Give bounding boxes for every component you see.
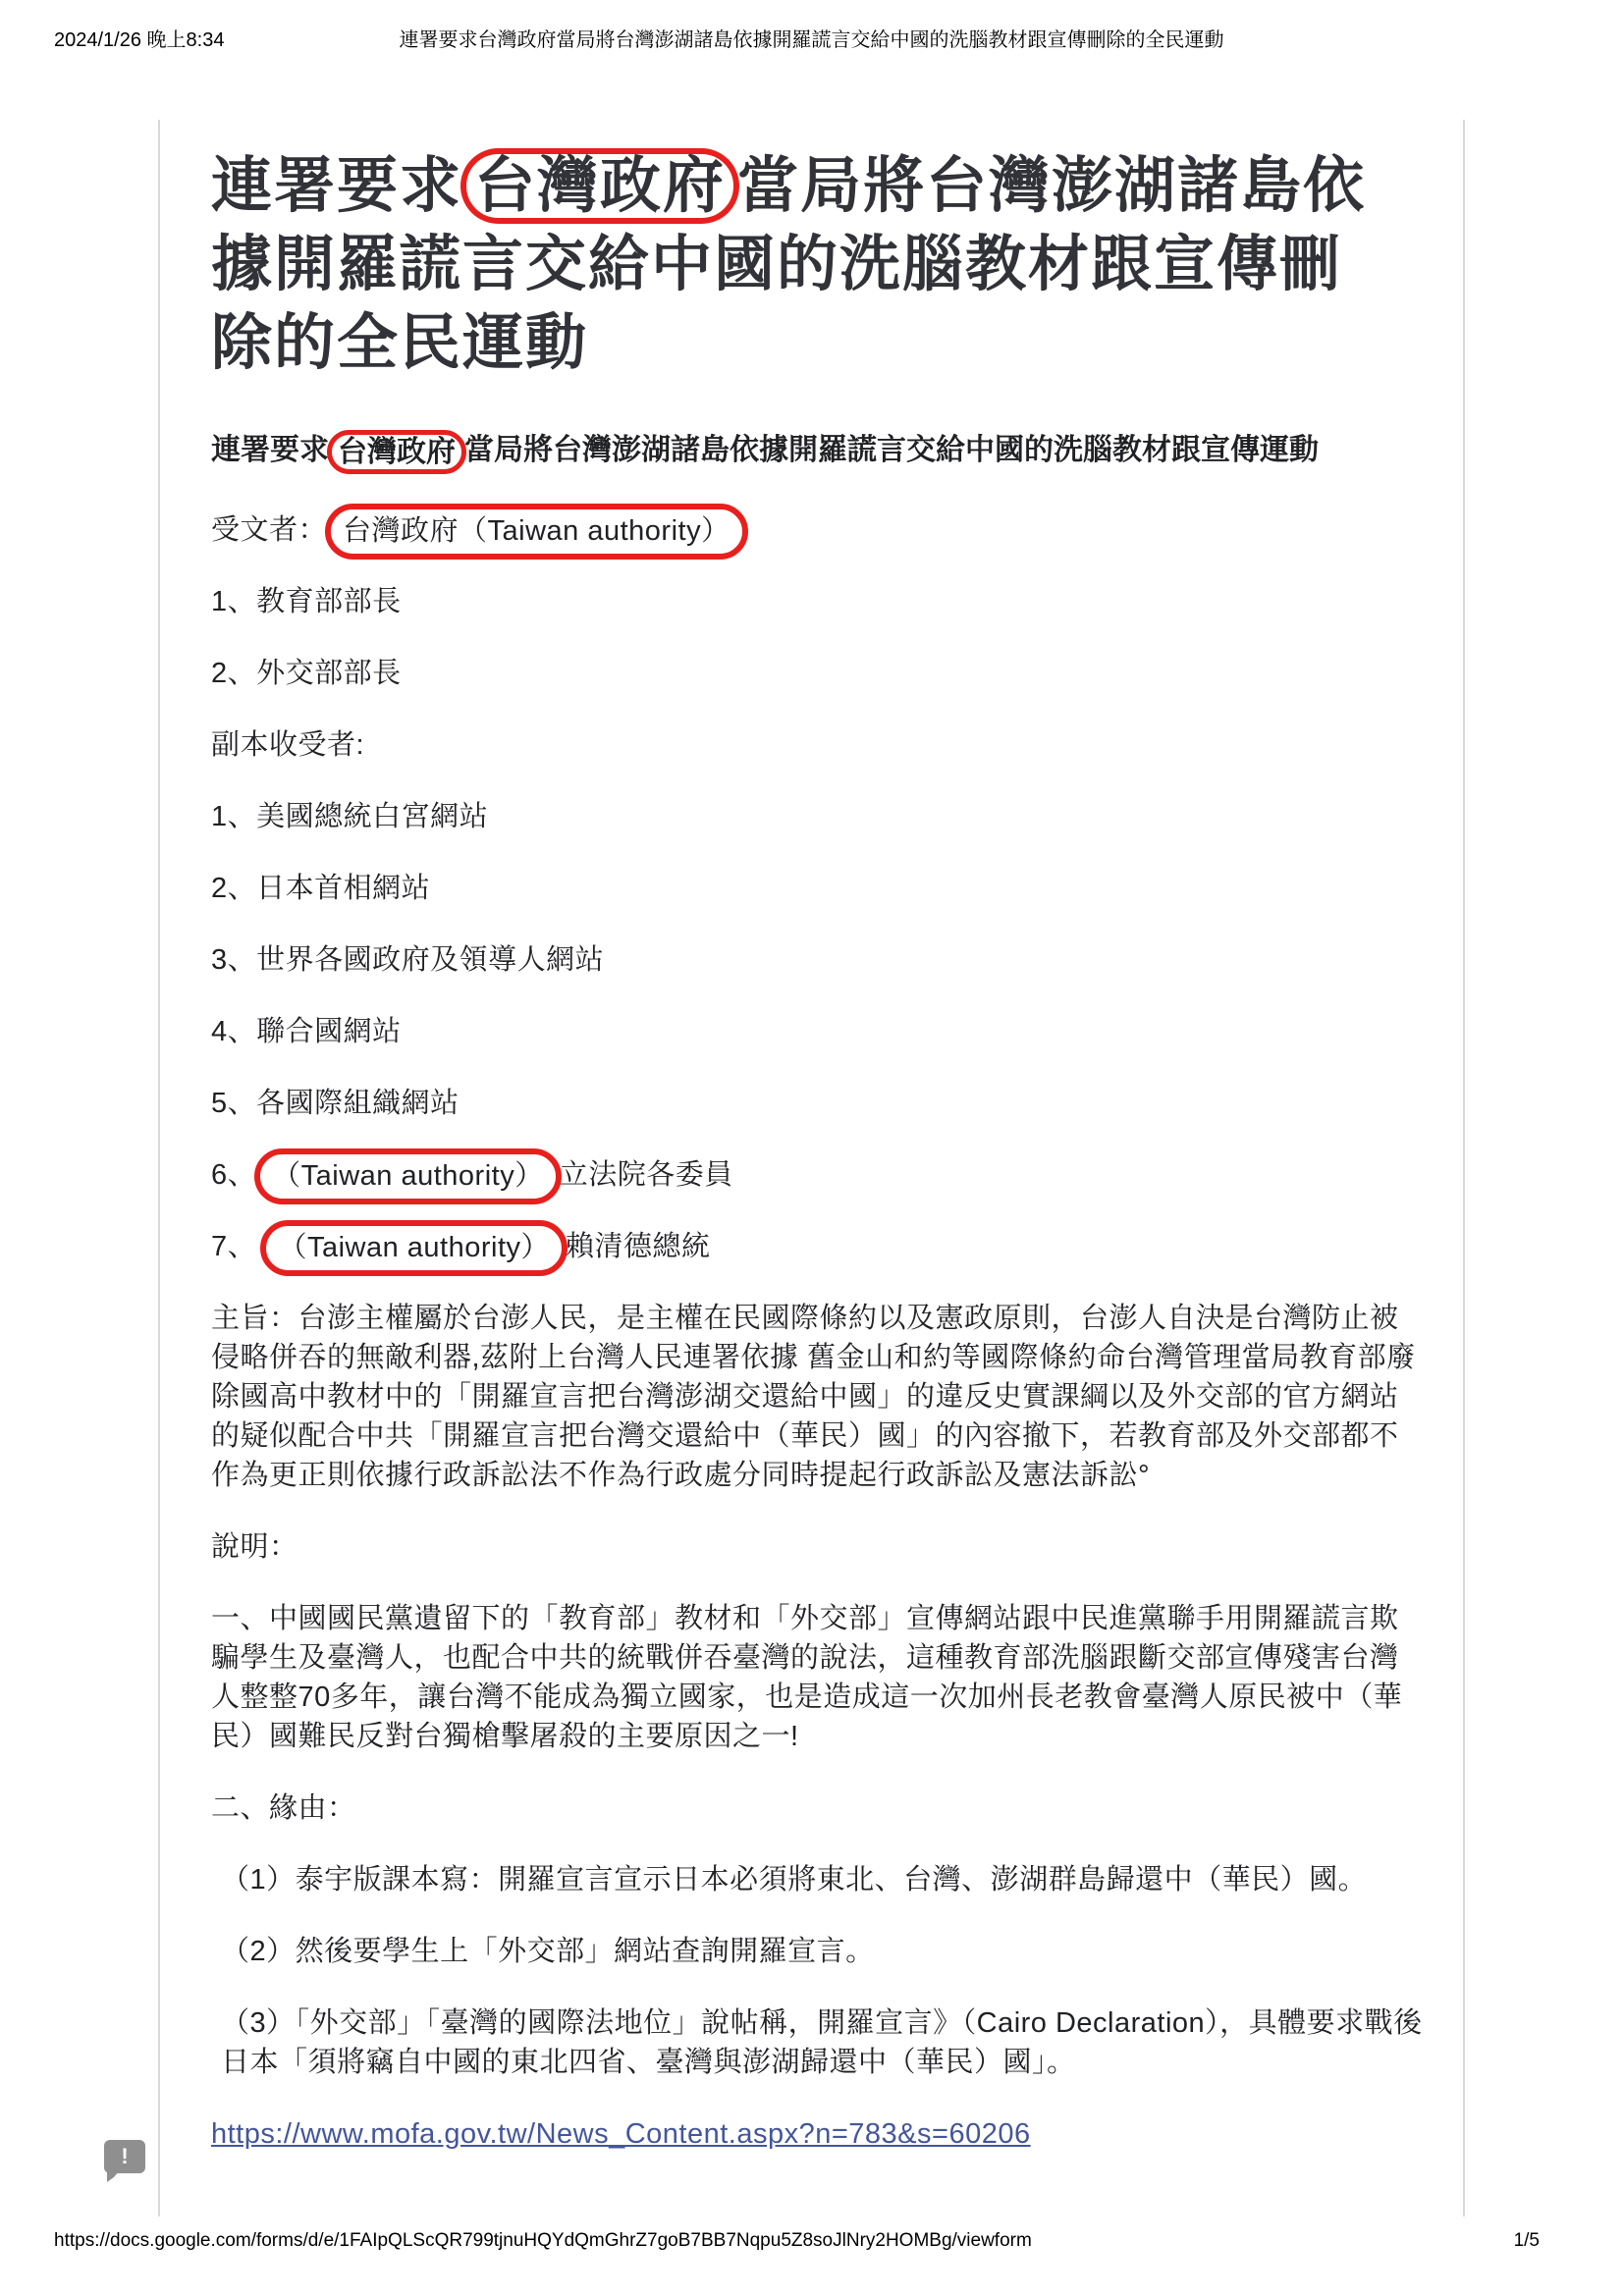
form-subtitle: 連署要求台灣政府當局將台灣澎湖諸島依據開羅謊言交給中國的洗腦教材跟宣傳運動	[211, 430, 1424, 471]
to-item-2: 2、外交部部長	[211, 654, 1424, 693]
subject-paragraph: 主旨：台澎主權屬於台澎人民，是主權在民國際條約以及憲政原則，台澎人自決是台灣防止…	[211, 1299, 1424, 1495]
recipient-label: 受文者：	[211, 514, 327, 546]
form-title-pre: 連署要求	[211, 152, 462, 220]
cc-item-6-text: 立法院各委員	[560, 1159, 733, 1191]
reason-item-2: （2）然後要學生上「外交部」網站查詢開羅宣言。	[211, 1932, 1424, 1971]
cc-item-4: 4、聯合國網站	[211, 1012, 1424, 1051]
red-circle-annotation-recipient: 台灣政府（Taiwan authority）	[325, 504, 748, 560]
red-circle-annotation-cc6: （Taiwan authority）	[254, 1148, 562, 1204]
cc-item-6: 6、（Taiwan authority）立法院各委員	[211, 1155, 1424, 1195]
mofa-link-line: https://www.mofa.gov.tw/News_Content.asp…	[211, 2114, 1424, 2154]
cc-item-3: 3、世界各國政府及領導人網站	[211, 940, 1424, 980]
recipient-line: 受文者：台灣政府（Taiwan authority）	[211, 510, 1424, 550]
print-page-number: 1/5	[1514, 2230, 1540, 2252]
mofa-link[interactable]: https://www.mofa.gov.tw/News_Content.asp…	[211, 2118, 1031, 2150]
cc-label: 副本收受者:	[211, 725, 1424, 765]
reason-label: 二、緣由：	[211, 1789, 1424, 1828]
explain-point-1: 一、中國國民黨遺留下的「教育部」教材和「外交部」宣傳網站跟中民進黨聯手用開羅謊言…	[211, 1599, 1424, 1756]
cc-item-7-text: 賴清德總統	[566, 1231, 711, 1262]
form-title-circled-text: 台灣政府	[474, 152, 726, 220]
form-title: 連署要求台灣政府當局將台灣澎湖諸島依據開羅謊言交給中國的洗腦教材跟宣傳刪除的全民…	[211, 147, 1370, 383]
cc-item-7: 7、 （Taiwan authority）賴清德總統	[211, 1227, 1424, 1266]
reason-item-1: （1）泰宇版課本寫：開羅宣言宣示日本必須將東北、台灣、澎湖群島歸還中（華民）國。	[211, 1860, 1424, 1899]
explain-label: 說明：	[211, 1527, 1424, 1567]
form-subtitle-pre: 連署要求	[211, 434, 329, 466]
comment-bubble-icon: !	[104, 2140, 145, 2173]
cc-item-1: 1、美國總統白宮網站	[211, 797, 1424, 836]
form-subtitle-post: 當局將台灣澎湖諸島依據開羅謊言交給中國的洗腦教材跟宣傳運動	[464, 434, 1319, 466]
red-circle-annotation-cc7: （Taiwan authority）	[260, 1220, 568, 1276]
form-subtitle-circled-text: 台灣政府	[338, 436, 456, 468]
cc-item-7-circled-text: （Taiwan authority）	[278, 1232, 550, 1263]
cc-item-5: 5、各國際組織網站	[211, 1084, 1424, 1123]
recipient-circled-text: 台灣政府（Taiwan authority）	[343, 515, 730, 547]
red-circle-annotation-title: 台灣政府	[460, 148, 739, 224]
reason-item-3: （3）「外交部」「臺灣的國際法地位」說帖稱，開羅宣言》（Cairo Declar…	[211, 2003, 1424, 2082]
print-footer-url: https://docs.google.com/forms/d/e/1FAIpQ…	[54, 2230, 1032, 2252]
form-page: 連署要求台灣政府當局將台灣澎湖諸島依據開羅謊言交給中國的洗腦教材跟宣傳刪除的全民…	[158, 120, 1465, 2216]
cc-item-2: 2、日本首相網站	[211, 869, 1424, 908]
cc-item-6-number: 6、	[211, 1159, 256, 1191]
cc-item-6-circled-text: （Taiwan authority）	[272, 1160, 544, 1192]
print-document-title: 連署要求台灣政府當局將台灣澎湖諸島依據開羅謊言交給中國的洗腦教材跟宣傳刪除的全民…	[0, 24, 1623, 52]
to-item-1: 1、教育部部長	[211, 582, 1424, 621]
cc-item-7-number: 7、	[211, 1231, 256, 1262]
red-circle-annotation-subtitle: 台灣政府	[327, 430, 466, 474]
